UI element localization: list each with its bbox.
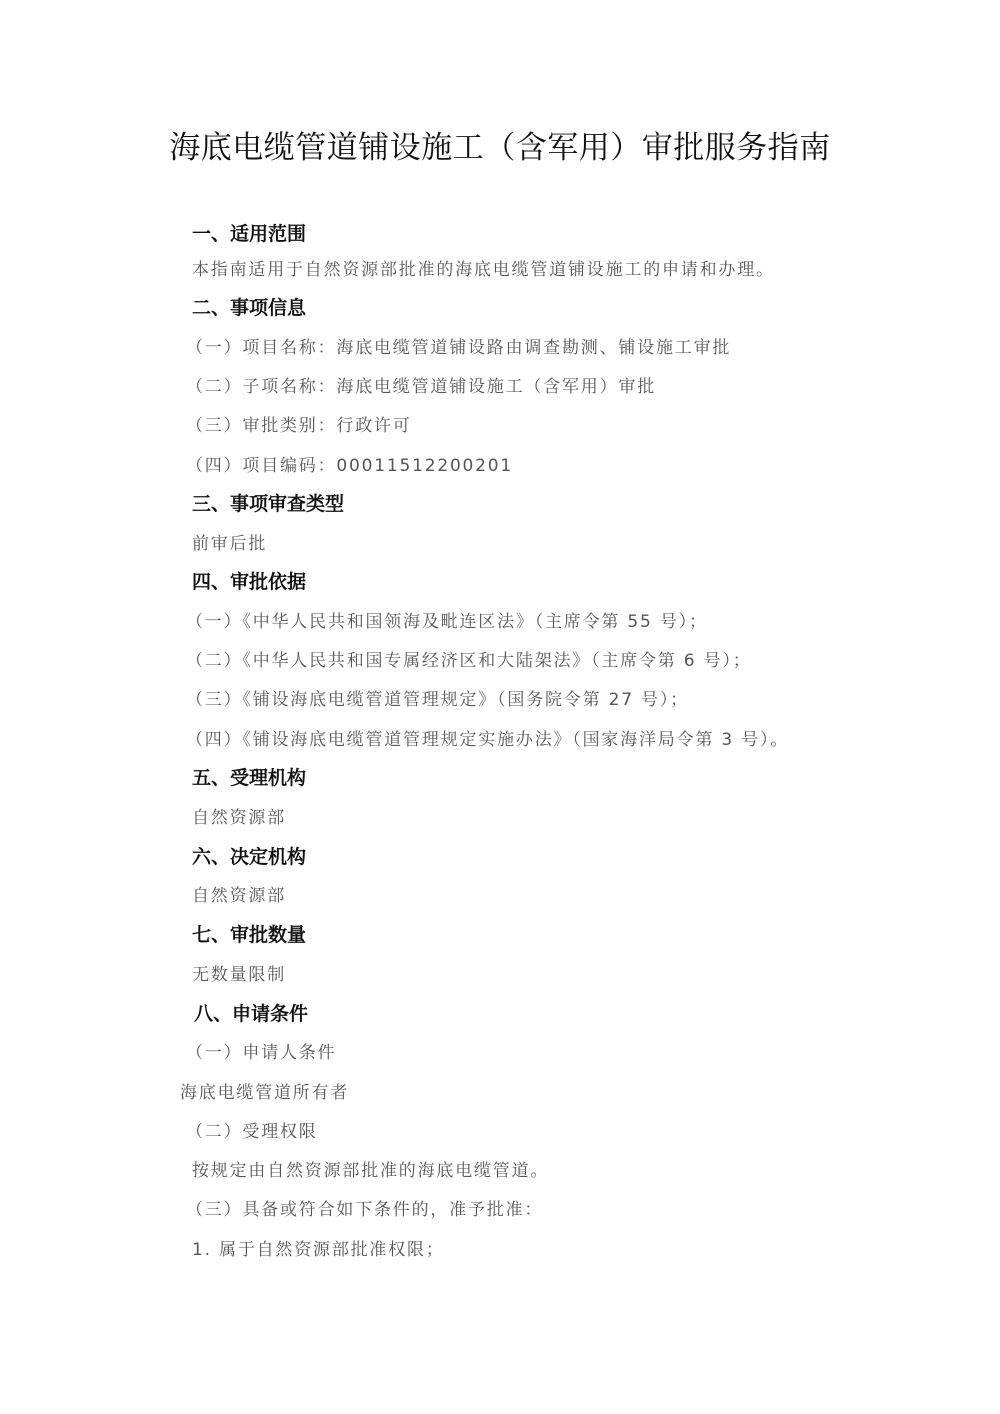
section-heading: 一、适用范围 [192,222,306,246]
section-text: （一）申请人条件 [186,1041,336,1065]
section-text: 按规定由自然资源部批准的海底电缆管道。 [192,1159,549,1183]
section-text: 前审后批 [192,532,267,556]
section-text: （四）《铺设海底电缆管道管理规定实施办法》（国家海洋局令第 3 号）。 [186,728,789,752]
section-text: （二）受理权限 [186,1120,318,1144]
section-heading: 三、事项审查类型 [192,492,344,516]
section-text: 本指南适用于自然资源部批准的海底电缆管道铺设施工的申请和办理。 [192,258,775,282]
section-text: 海底电缆管道所有者 [180,1081,349,1105]
section-heading: 二、事项信息 [192,296,306,320]
section-text: （一）项目名称：海底电缆管道铺设路由调查勘测、铺设施工审批 [186,336,731,360]
section-text: 自然资源部 [192,806,286,830]
section-text: 1. 属于自然资源部批准权限； [192,1238,445,1262]
document-title: 海底电缆管道铺设施工（含军用）审批服务指南 [0,126,1000,170]
section-text: （三）具备或符合如下条件的，准予批准： [186,1198,543,1222]
section-text: 无数量限制 [192,963,286,987]
section-text: （四）项目编码：00011512200201 [186,454,513,478]
section-text: （一）《中华人民共和国领海及毗连区法》（主席令第 55 号）； [186,610,708,634]
section-heading: 八、申请条件 [194,1002,308,1026]
section-text: （二）《中华人民共和国专属经济区和大陆架法》（主席令第 6 号）； [186,649,752,673]
section-heading: 五、受理机构 [192,766,306,790]
section-text: 自然资源部 [192,884,286,908]
section-text: （三）审批类别：行政许可 [186,414,412,438]
section-text: （二）子项名称：海底电缆管道铺设施工（含军用）审批 [186,375,656,399]
section-heading: 六、决定机构 [192,845,306,869]
section-heading: 七、审批数量 [192,923,306,947]
section-heading: 四、审批依据 [192,570,306,594]
section-text: （三）《铺设海底电缆管道管理规定》（国务院令第 27 号）； [186,688,689,712]
